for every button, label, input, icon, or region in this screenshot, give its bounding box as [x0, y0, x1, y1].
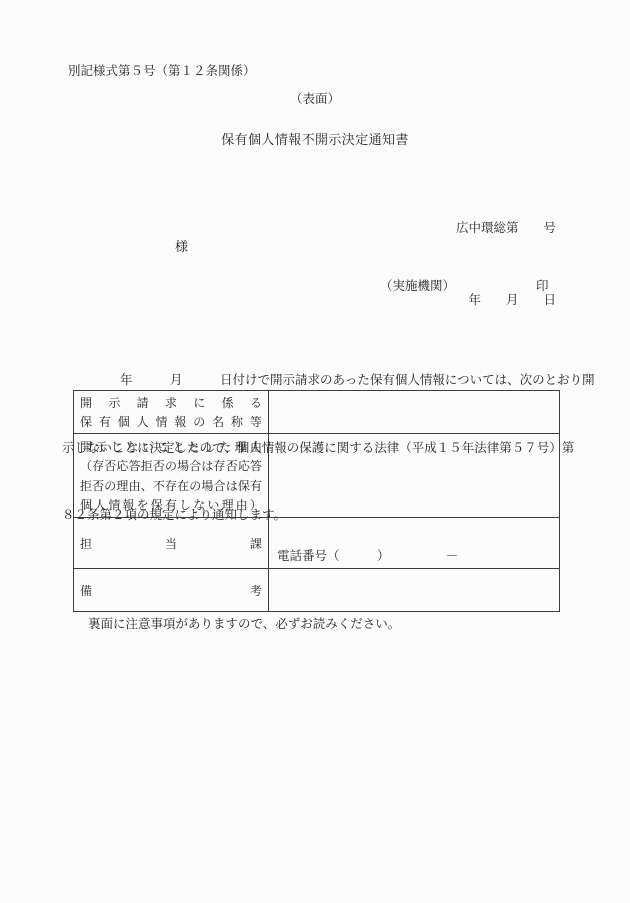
table-row-request-name: 開示請求に係る 保有個人情報の名称等 — [74, 391, 559, 433]
value-cell-request-name — [269, 391, 559, 433]
label-line: 保有個人情報の名称等 — [80, 413, 262, 430]
value-cell-nondisclosure-reason — [269, 434, 559, 517]
label-cell-remarks: 備考 — [74, 569, 269, 611]
label-line: 拒否の理由、不存在の場合は保有 — [80, 477, 262, 494]
form-id-label: 別記様式第５号（第１２条関係） — [68, 61, 256, 79]
label-line: 担当課 — [80, 535, 262, 552]
label-cell-request-name: 開示請求に係る 保有個人情報の名称等 — [74, 391, 269, 433]
footer-note: 裏面に注意事項がありますので、必ずお読みください。 — [88, 614, 400, 632]
value-cell-section-in-charge: 電話番号（ ） － — [269, 518, 559, 568]
label-line: 開示請求に係る — [80, 394, 262, 411]
table-row-section-in-charge: 担当課 電話番号（ ） － — [74, 517, 559, 568]
phone-number-line: 電話番号（ ） － — [277, 546, 559, 564]
document-page: 別記様式第５号（第１２条関係） （表面） 保有個人情報不開示決定通知書 広中環総… — [0, 0, 630, 903]
document-number-line: 広中環総第 号 — [456, 216, 556, 240]
table-row-remarks: 備考 — [74, 568, 559, 611]
addressee-honorific: 様 — [175, 236, 188, 255]
label-cell-section-in-charge: 担当課 — [74, 518, 269, 568]
label-line: （存否応答拒否の場合は存否応答 — [80, 457, 262, 474]
document-title: 保有個人情報不開示決定通知書 — [0, 129, 630, 148]
label-line: 個人情報を保有しない理由） — [80, 496, 262, 513]
label-cell-nondisclosure-reason: 開示しないこととした理由 （存否応答拒否の場合は存否応答 拒否の理由、不存在の場… — [74, 434, 269, 517]
side-label: （表面） — [0, 89, 630, 107]
table-row-nondisclosure-reason: 開示しないこととした理由 （存否応答拒否の場合は存否応答 拒否の理由、不存在の場… — [74, 433, 559, 517]
value-cell-remarks — [269, 569, 559, 611]
body-line-1: 年 月 日付けで開示請求のあった保有個人情報については、次のとおり開 — [62, 369, 576, 392]
notice-table: 開示請求に係る 保有個人情報の名称等 開示しないこととした理由 （存否応答拒否の… — [73, 390, 560, 612]
issuer-label: （実施機関） — [380, 276, 455, 294]
seal-mark: 印 — [536, 276, 549, 294]
label-line: 備考 — [80, 582, 262, 599]
label-line: 開示しないこととした理由 — [80, 438, 262, 455]
